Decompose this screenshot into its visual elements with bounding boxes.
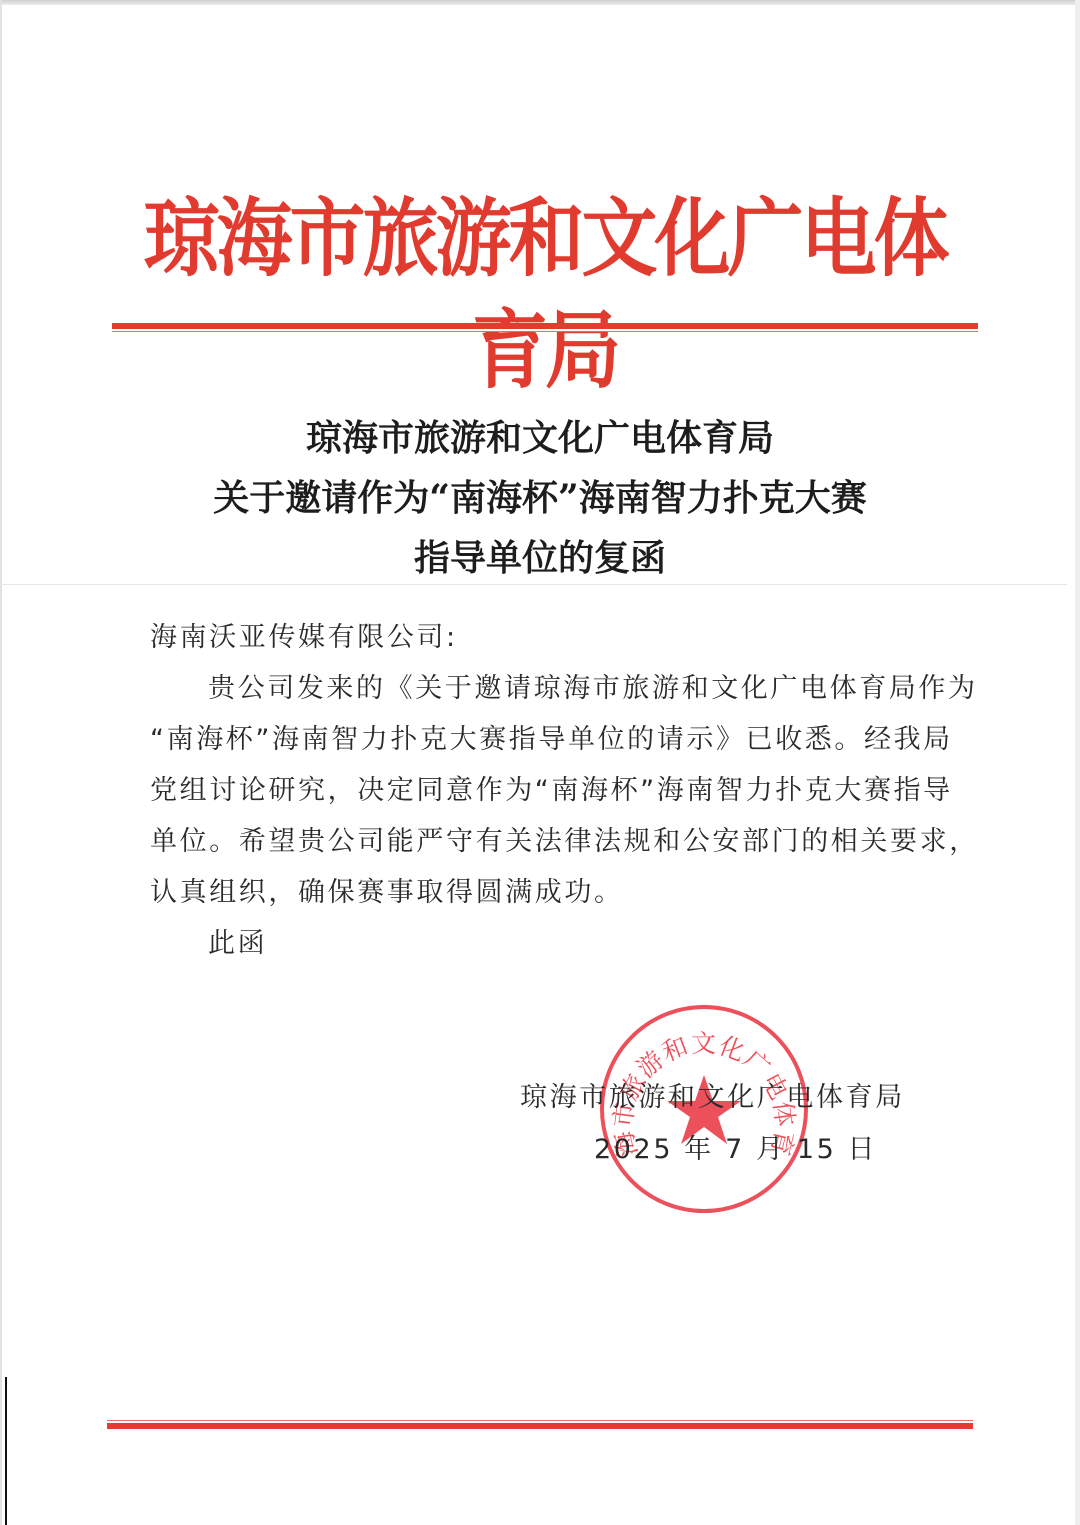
- scan-border-left: [0, 0, 2, 1525]
- document-title: 琼海市旅游和文化广电体育局 关于邀请作为“南海杯”海南智力扑克大赛 指导单位的复…: [130, 408, 950, 588]
- signature-org: 琼海市旅游和文化广电体育局: [520, 1072, 890, 1124]
- letterhead-red-rule: [112, 323, 978, 332]
- scan-border-top: [0, 0, 1080, 5]
- letter-body: 海南沃亚传媒有限公司: 贵公司发来的《关于邀请琼海市旅游和文化广电体育局作为 “…: [150, 612, 950, 969]
- signature-date: 2025 年 7 月 15 日: [520, 1124, 890, 1176]
- paragraph-line: “南海杯”海南智力扑克大赛指导单位的请示》已收悉。经我局: [150, 714, 950, 765]
- paragraph-line: 单位。希望贵公司能严守有关法律法规和公安部门的相关要求，: [150, 816, 950, 867]
- scan-border-right: [1075, 0, 1080, 1525]
- title-line: 指导单位的复函: [130, 528, 950, 588]
- paragraph-line: 党组讨论研究，决定同意作为“南海杯”海南智力扑克大赛指导: [150, 765, 950, 816]
- letterhead-org-name: 琼海市旅游和文化广电体育局: [110, 184, 980, 408]
- paragraph-line: 认真组织，确保赛事取得圆满成功。: [150, 867, 950, 918]
- title-line: 琼海市旅游和文化广电体育局: [130, 408, 950, 468]
- paragraph-line: 贵公司发来的《关于邀请琼海市旅游和文化广电体育局作为: [150, 663, 950, 714]
- salutation: 海南沃亚传媒有限公司:: [150, 612, 950, 663]
- title-line: 关于邀请作为“南海杯”海南智力扑克大赛: [130, 468, 950, 528]
- footer-red-rule: [107, 1420, 973, 1429]
- scan-edge-mark: [5, 1377, 7, 1525]
- signature-block: 琼海市旅游和文化广电体育局 2025 年 7 月 15 日: [520, 1072, 890, 1176]
- closing: 此函: [150, 918, 950, 969]
